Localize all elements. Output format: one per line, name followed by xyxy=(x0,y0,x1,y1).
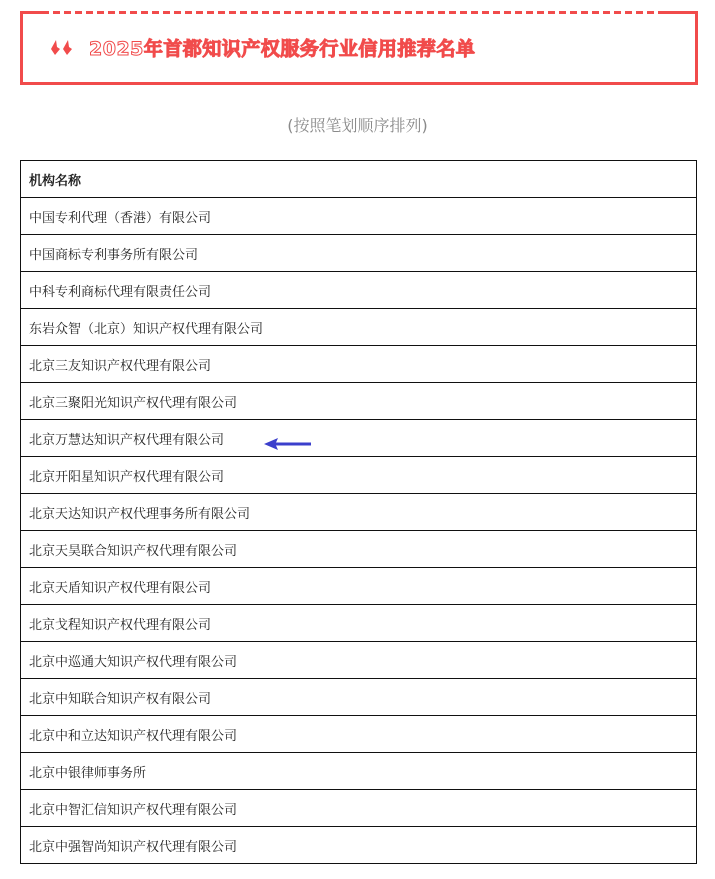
table-row: 北京开阳星知识产权代理有限公司 xyxy=(21,457,697,494)
table-row: 中科专利商标代理有限责任公司 xyxy=(21,272,697,309)
org-name-cell: 北京天昊联合知识产权代理有限公司 xyxy=(21,531,697,568)
table-row: 北京中强智尚知识产权代理有限公司 xyxy=(21,827,697,864)
table-row-highlighted: 北京万慧达知识产权代理有限公司 xyxy=(21,420,697,457)
banner-border xyxy=(20,11,42,14)
org-name-cell: 北京三友知识产权代理有限公司 xyxy=(21,346,697,383)
page-title: 2025年首都知识产权服务行业信用推荐名单 xyxy=(89,34,475,61)
title-banner: 2025年首都知识产权服务行业信用推荐名单 xyxy=(20,11,698,85)
table-row: 北京三聚阳光知识产权代理有限公司 xyxy=(21,383,697,420)
org-name-cell: 北京开阳星知识产权代理有限公司 xyxy=(21,457,697,494)
table-row: 东岩众智（北京）知识产权代理有限公司 xyxy=(21,309,697,346)
table-row: 中国专利代理（香港）有限公司 xyxy=(21,198,697,235)
banner-dashed-border xyxy=(42,11,662,14)
arrow-left-icon xyxy=(264,437,312,451)
org-name-cell: 北京中银律师事务所 xyxy=(21,753,697,790)
column-header-org-name: 机构名称 xyxy=(21,161,697,198)
table-row: 北京中智汇信知识产权代理有限公司 xyxy=(21,790,697,827)
table-row: 北京三友知识产权代理有限公司 xyxy=(21,346,697,383)
org-name-cell: 东岩众智（北京）知识产权代理有限公司 xyxy=(21,309,697,346)
org-name-cell: 北京中和立达知识产权代理有限公司 xyxy=(21,716,697,753)
table-header-row: 机构名称 xyxy=(21,161,697,198)
org-name-cell: 中科专利商标代理有限责任公司 xyxy=(21,272,697,309)
org-name-cell: 北京天盾知识产权代理有限公司 xyxy=(21,568,697,605)
banner-border xyxy=(662,11,698,14)
org-name-cell: 北京中巡通大知识产权代理有限公司 xyxy=(21,642,697,679)
org-name-cell: 北京万慧达知识产权代理有限公司 xyxy=(21,420,697,457)
org-name-cell: 北京中智汇信知识产权代理有限公司 xyxy=(21,790,697,827)
org-name-cell: 北京戈程知识产权代理有限公司 xyxy=(21,605,697,642)
org-name-cell: 北京天达知识产权代理事务所有限公司 xyxy=(21,494,697,531)
organization-table: 机构名称 中国专利代理（香港）有限公司 中国商标专利事务所有限公司 中科专利商标… xyxy=(20,160,697,864)
quote-marks-icon xyxy=(49,38,75,58)
org-name-cell: 北京中强智尚知识产权代理有限公司 xyxy=(21,827,697,864)
table-row: 北京中知联合知识产权有限公司 xyxy=(21,679,697,716)
org-name-cell: 北京中知联合知识产权有限公司 xyxy=(21,679,697,716)
table-row: 北京天盾知识产权代理有限公司 xyxy=(21,568,697,605)
sort-note: (按照笔划顺序排列) xyxy=(0,113,715,136)
table-row: 北京中巡通大知识产权代理有限公司 xyxy=(21,642,697,679)
table-row: 中国商标专利事务所有限公司 xyxy=(21,235,697,272)
table-row: 北京天达知识产权代理事务所有限公司 xyxy=(21,494,697,531)
org-name-cell: 中国专利代理（香港）有限公司 xyxy=(21,198,697,235)
table-row: 北京天昊联合知识产权代理有限公司 xyxy=(21,531,697,568)
table-row: 北京戈程知识产权代理有限公司 xyxy=(21,605,697,642)
table-row: 北京中和立达知识产权代理有限公司 xyxy=(21,716,697,753)
org-name-cell: 北京三聚阳光知识产权代理有限公司 xyxy=(21,383,697,420)
org-name-cell: 中国商标专利事务所有限公司 xyxy=(21,235,697,272)
table-row: 北京中银律师事务所 xyxy=(21,753,697,790)
